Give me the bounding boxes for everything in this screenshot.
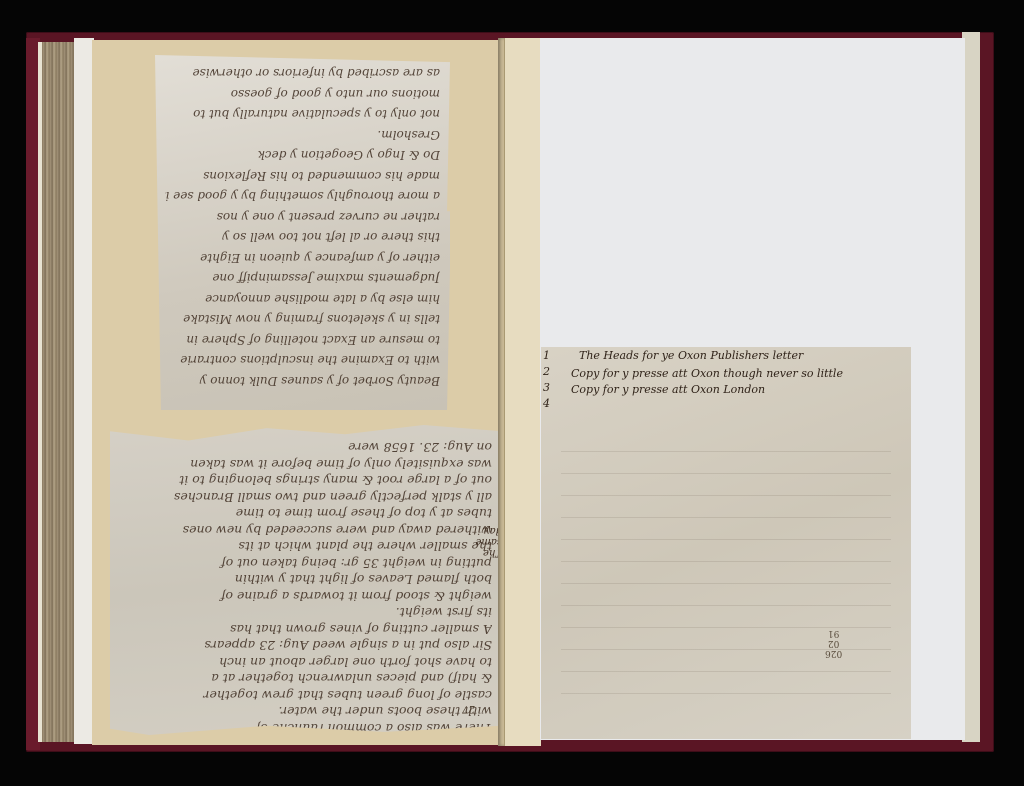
ms-line: putting in weight 35 gr: being taken out… bbox=[120, 555, 492, 572]
ms-line: tells in y skeletons framing y now Mista… bbox=[165, 309, 440, 330]
ms-line: on Aug: 23. 1658 were bbox=[120, 439, 492, 456]
ms-line: Copy for y presse att Oxon London bbox=[571, 383, 765, 396]
line-number: 3 bbox=[543, 381, 550, 394]
manuscript-fragment-top: Beauty Sorbet of y saunes Dulk tonno y w… bbox=[155, 55, 450, 410]
pencil-number: 026 bbox=[825, 648, 842, 658]
ms-line: withered away and were succeeded by new … bbox=[120, 522, 492, 539]
ms-line: to mesure an Exact notelling of Sphere i… bbox=[165, 330, 440, 351]
fragment-text: Beauty Sorbet of y saunes Dulk tonno y w… bbox=[165, 63, 440, 391]
ms-line: A smaller cutting of vines grown that ha… bbox=[120, 621, 492, 638]
folio-number: 27 bbox=[462, 703, 475, 714]
ms-line: Beauty Sorbet of y saunes Dulk tonno y bbox=[165, 371, 440, 392]
ms-line: with these boots under the water. bbox=[120, 703, 492, 720]
ms-line: The Heads for ye Oxon Publishers letter bbox=[579, 349, 803, 362]
ms-line: a more thoroughly something by y good se… bbox=[165, 186, 440, 207]
ms-line: its first weight. bbox=[120, 604, 492, 621]
fragment-text: There was also a common raunche of with … bbox=[120, 439, 492, 735]
line-number: 2 bbox=[543, 365, 550, 378]
ms-line: out of a large root & many strings belon… bbox=[120, 472, 492, 489]
ms-line: Sir also put in a single weed Aug: 23 ap… bbox=[120, 637, 492, 654]
manuscript-fragment-bottom: There was also a common raunche of with … bbox=[110, 425, 502, 735]
ms-line: Judgements maxime Jessaminpiff one bbox=[165, 268, 440, 289]
ms-line: as are ascribed by inferiors or otherwis… bbox=[165, 63, 440, 84]
ms-line: castle of long green tubes that grew tog… bbox=[120, 687, 492, 704]
pencil-reference-numbers: 026 02 91 bbox=[825, 628, 842, 658]
ms-line: not only to y speculative naturally but … bbox=[165, 104, 440, 125]
ms-line: all y stalk perfectly green and two smal… bbox=[120, 489, 492, 506]
pencil-number: 02 bbox=[825, 638, 842, 648]
ms-line: tubes at y top of these from time to tim… bbox=[120, 505, 492, 522]
ms-line: Copy for y presse att Oxon though never … bbox=[571, 367, 843, 380]
ms-line: weight & stood from it towards a graine … bbox=[120, 588, 492, 605]
ms-line: this there or al left not too well so y bbox=[165, 227, 440, 248]
ms-line: either of y amfeance y quieon in Eighte bbox=[165, 248, 440, 269]
guard-strip bbox=[504, 38, 541, 746]
ms-line: to have shot forth one larger about an i… bbox=[120, 654, 492, 671]
ms-line: made his commended to his Reflexions bbox=[165, 166, 440, 187]
ms-line: rather ne curvez present y one y nos bbox=[165, 207, 440, 228]
ms-line: with to Examine the insculptions contrar… bbox=[165, 350, 440, 371]
ms-line: the smaller where the plant which at its bbox=[120, 538, 492, 555]
line-number: 4 bbox=[543, 397, 550, 410]
flyleaf bbox=[74, 38, 94, 744]
ms-line: Gresholm. bbox=[165, 125, 440, 146]
ms-line: both flamed Leaves of light that y withi… bbox=[120, 571, 492, 588]
ms-line: Do & Ingo y Geogetion y deck bbox=[165, 145, 440, 166]
ms-line: was exquisitely only of time before it w… bbox=[120, 456, 492, 473]
bleed-through-texture bbox=[561, 437, 891, 697]
pencil-number: 91 bbox=[825, 628, 842, 638]
manuscript-fragment-right: 1 2 3 4 The Heads for ye Oxon Publishers… bbox=[541, 347, 911, 739]
page-block-edge bbox=[38, 42, 78, 742]
line-number: 1 bbox=[543, 349, 550, 362]
ms-line: motions our unto y good of goesso bbox=[165, 84, 440, 105]
ms-line: & half) and pieces unlawrench together a… bbox=[120, 670, 492, 687]
ms-line: him else by a late modlishe annoyance bbox=[165, 289, 440, 310]
